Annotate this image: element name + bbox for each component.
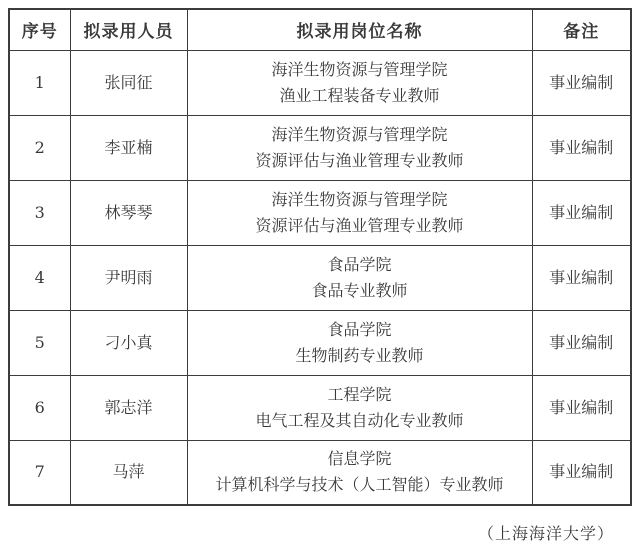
cell-position: 海洋生物资源与管理学院 资源评估与渔业管理专业教师	[187, 180, 532, 245]
table-row: 7 马萍 信息学院 计算机科学与技术（人工智能）专业教师 事业编制	[9, 440, 631, 505]
cell-remark: 事业编制	[532, 440, 631, 505]
cell-remark: 事业编制	[532, 375, 631, 440]
table-row: 4 尹明雨 食品学院 食品专业教师 事业编制	[9, 245, 631, 310]
cell-position: 信息学院 计算机科学与技术（人工智能）专业教师	[187, 440, 532, 505]
position-line-2: 计算机科学与技术（人工智能）专业教师	[192, 472, 528, 498]
header-remark: 备注	[532, 9, 631, 50]
table-row: 1 张同征 海洋生物资源与管理学院 渔业工程装备专业教师 事业编制	[9, 50, 631, 115]
position-line-2: 食品专业教师	[192, 278, 528, 304]
cell-position: 海洋生物资源与管理学院 资源评估与渔业管理专业教师	[187, 115, 532, 180]
table-header-row: 序号 拟录用人员 拟录用岗位名称 备注	[9, 9, 631, 50]
table-row: 5 刁小真 食品学院 生物制药专业教师 事业编制	[9, 310, 631, 375]
cell-position: 食品学院 生物制药专业教师	[187, 310, 532, 375]
cell-name: 尹明雨	[70, 245, 187, 310]
cell-no: 7	[9, 440, 70, 505]
cell-position: 工程学院 电气工程及其自动化专业教师	[187, 375, 532, 440]
position-line-1: 食品学院	[192, 317, 528, 343]
cell-no: 2	[9, 115, 70, 180]
cell-no: 1	[9, 50, 70, 115]
table-row: 6 郭志洋 工程学院 电气工程及其自动化专业教师 事业编制	[9, 375, 631, 440]
cell-remark: 事业编制	[532, 180, 631, 245]
header-position: 拟录用岗位名称	[187, 9, 532, 50]
table-row: 3 林琴琴 海洋生物资源与管理学院 资源评估与渔业管理专业教师 事业编制	[9, 180, 631, 245]
cell-remark: 事业编制	[532, 115, 631, 180]
cell-remark: 事业编制	[532, 245, 631, 310]
cell-name: 林琴琴	[70, 180, 187, 245]
position-line-1: 工程学院	[192, 382, 528, 408]
position-line-1: 海洋生物资源与管理学院	[192, 57, 528, 83]
position-line-2: 资源评估与渔业管理专业教师	[192, 148, 528, 174]
header-no: 序号	[9, 9, 70, 50]
cell-name: 马萍	[70, 440, 187, 505]
cell-no: 4	[9, 245, 70, 310]
position-line-1: 食品学院	[192, 252, 528, 278]
position-line-2: 生物制药专业教师	[192, 343, 528, 369]
cell-name: 郭志洋	[70, 375, 187, 440]
cell-no: 5	[9, 310, 70, 375]
cell-name: 张同征	[70, 50, 187, 115]
position-line-2: 资源评估与渔业管理专业教师	[192, 213, 528, 239]
recruitment-table: 序号 拟录用人员 拟录用岗位名称 备注 1 张同征 海洋生物资源与管理学院 渔业…	[8, 8, 632, 506]
position-line-1: 海洋生物资源与管理学院	[192, 187, 528, 213]
position-line-2: 渔业工程装备专业教师	[192, 83, 528, 109]
header-name: 拟录用人员	[70, 9, 187, 50]
position-line-1: 海洋生物资源与管理学院	[192, 122, 528, 148]
cell-position: 食品学院 食品专业教师	[187, 245, 532, 310]
cell-name: 刁小真	[70, 310, 187, 375]
position-line-2: 电气工程及其自动化专业教师	[192, 408, 528, 434]
cell-no: 6	[9, 375, 70, 440]
page: 序号 拟录用人员 拟录用岗位名称 备注 1 张同征 海洋生物资源与管理学院 渔业…	[0, 0, 639, 552]
cell-name: 李亚楠	[70, 115, 187, 180]
cell-remark: 事业编制	[532, 50, 631, 115]
table-row: 2 李亚楠 海洋生物资源与管理学院 资源评估与渔业管理专业教师 事业编制	[9, 115, 631, 180]
source-attribution: （上海海洋大学）	[478, 521, 614, 544]
cell-remark: 事业编制	[532, 310, 631, 375]
cell-no: 3	[9, 180, 70, 245]
position-line-1: 信息学院	[192, 446, 528, 472]
cell-position: 海洋生物资源与管理学院 渔业工程装备专业教师	[187, 50, 532, 115]
